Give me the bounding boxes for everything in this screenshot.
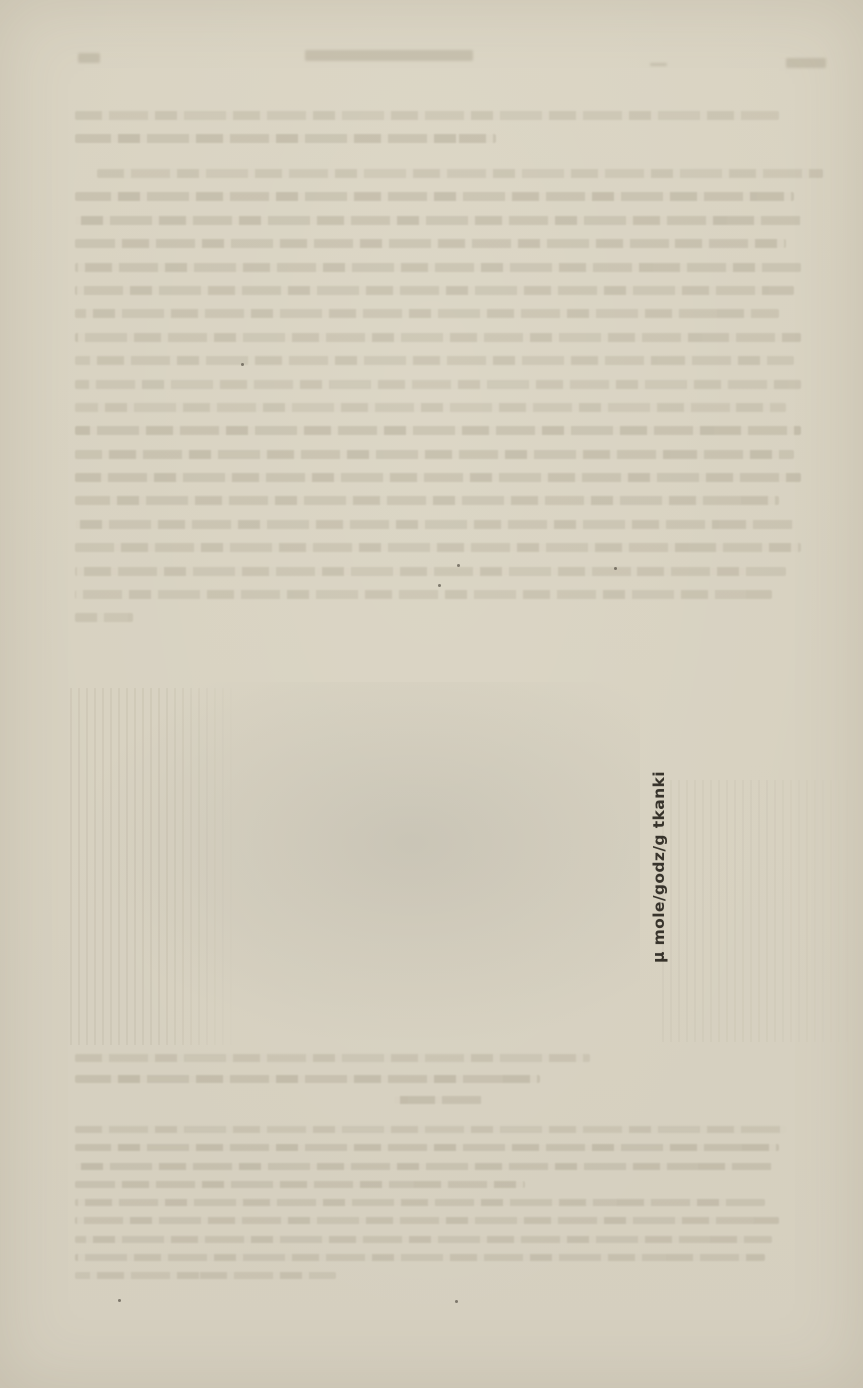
illegible-text-line: [75, 1126, 786, 1133]
illegible-text-line: [75, 567, 786, 576]
illegible-figure-caption: [75, 1054, 801, 1117]
illegible-page-number-right: [786, 58, 826, 68]
illegible-text-line: [75, 309, 779, 318]
illegible-text-line: [75, 1163, 772, 1170]
illegible-text-line: [75, 356, 794, 365]
paper-texture-stripes-left: [70, 688, 240, 1045]
illegible-text-line: [97, 169, 823, 178]
paper-speck: [241, 363, 244, 366]
illegible-text-line: [75, 1054, 590, 1062]
illegible-text-line: [75, 239, 786, 248]
illegible-header-dash: [650, 63, 667, 66]
illegible-page-number-left: [78, 53, 100, 63]
illegible-text-line: [75, 263, 801, 272]
illegible-text-line: [75, 496, 779, 505]
illegible-text-line: [75, 1199, 765, 1206]
illegible-text-line: [75, 1254, 765, 1261]
illegible-text-line: [75, 216, 801, 225]
illegible-paragraph-body: [75, 169, 801, 637]
illegible-text-line: [75, 450, 794, 459]
illegible-text-line: [75, 1075, 540, 1083]
illegible-text-line: [75, 134, 496, 143]
illegible-text-line: [75, 333, 801, 342]
illegible-text-line: [75, 1272, 336, 1279]
illegible-text-line: [75, 1236, 772, 1243]
illegible-text-line: [75, 1217, 779, 1224]
illegible-text-line: [75, 590, 772, 599]
illegible-text-line: [75, 1181, 525, 1188]
illegible-text-line: [75, 192, 794, 201]
illegible-text-line: [75, 403, 786, 412]
paper-speck: [614, 567, 617, 570]
illegible-text-line: [75, 380, 801, 389]
figure-y-axis-label: μ mole/godz/g tkanki: [650, 771, 668, 963]
paper-texture-stripes-right: [662, 780, 857, 1042]
scanned-journal-page: μ mole/godz/g tkanki: [0, 0, 863, 1388]
paper-speck: [455, 1300, 458, 1303]
illegible-text-line: [75, 543, 801, 552]
paper-speck: [118, 1299, 121, 1302]
illegible-text-line: [394, 1096, 481, 1104]
paper-speck: [457, 564, 460, 567]
illegible-footnotes: [75, 1126, 801, 1291]
illegible-text-line: [75, 520, 794, 529]
illegible-text-line: [75, 111, 779, 120]
paper-speck: [438, 584, 441, 587]
illegible-text-line: [75, 286, 794, 295]
illegible-paragraph-intro: [75, 111, 801, 158]
illegible-text-line: [75, 473, 801, 482]
illegible-text-line: [75, 426, 801, 435]
illegible-text-line: [75, 1144, 779, 1151]
illegible-text-line: [75, 613, 133, 622]
illegible-running-title: [305, 50, 473, 61]
